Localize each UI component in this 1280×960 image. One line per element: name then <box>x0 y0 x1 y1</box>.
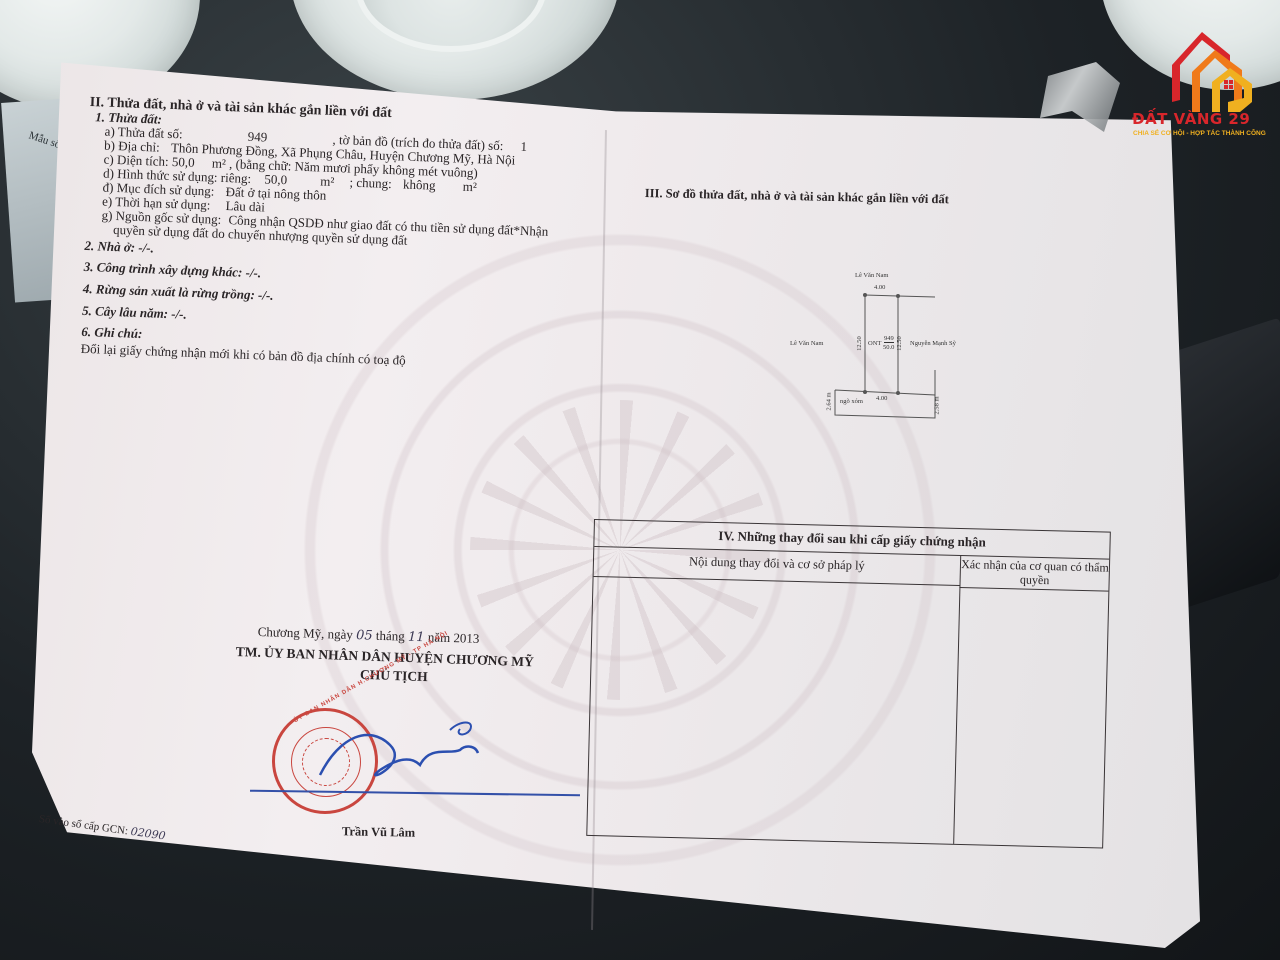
lane-right-width: 2.58 m <box>934 396 941 414</box>
east-neighbor: Nguyễn Mạnh Sỹ <box>910 340 956 347</box>
brand-name: ĐẤT VÀNG 29 <box>1132 110 1250 128</box>
date-prefix: Chương Mỹ, ngày <box>258 624 354 642</box>
handwritten-signature-icon <box>300 715 500 795</box>
parcel-code: ONT <box>868 340 881 347</box>
parcel-sketch: Lê Văn Nam 4.00 Lê Văn Nam 12.50 ONT 949… <box>780 280 950 430</box>
usage-shared-label: ; chung: <box>349 175 392 192</box>
top-width: 4.00 <box>874 284 885 291</box>
parcel-area: 50.0 <box>883 344 894 351</box>
signer-name: Trần Vũ Lâm <box>342 824 415 841</box>
lane-left-width: 2.64 m <box>826 392 833 410</box>
right-length: 12.50 <box>896 336 903 351</box>
brand-tagline: CHIA SẺ CƠ HỘI - HỢP TÁC THÀNH CÔNG <box>1133 130 1266 137</box>
usage-shared-unit: m² <box>462 179 477 195</box>
changes-table: IV. Những thay đổi sau khi cấp giấy chứn… <box>586 519 1111 849</box>
changes-table-divider <box>953 585 960 844</box>
north-neighbor: Lê Văn Nam <box>855 272 888 279</box>
parcel-outline <box>780 280 950 430</box>
date-day: 05 <box>356 628 373 644</box>
map-sheet-value: 1 <box>520 140 527 154</box>
parcel-number: 949 <box>884 335 894 343</box>
bottom-width: 4.00 <box>876 395 887 402</box>
changes-col-confirm-header: Xác nhận của cơ quan có thẩm quyền <box>959 555 1109 592</box>
section-2: II. Thửa đất, nhà ở và tài sản khác gắn … <box>80 96 552 373</box>
left-length: 12.50 <box>856 336 863 351</box>
lane-label: ngõ xóm <box>840 398 863 405</box>
west-neighbor: Lê Văn Nam <box>790 340 823 347</box>
usage-shared-value: không <box>403 177 436 193</box>
date-month-label: tháng <box>376 628 405 644</box>
